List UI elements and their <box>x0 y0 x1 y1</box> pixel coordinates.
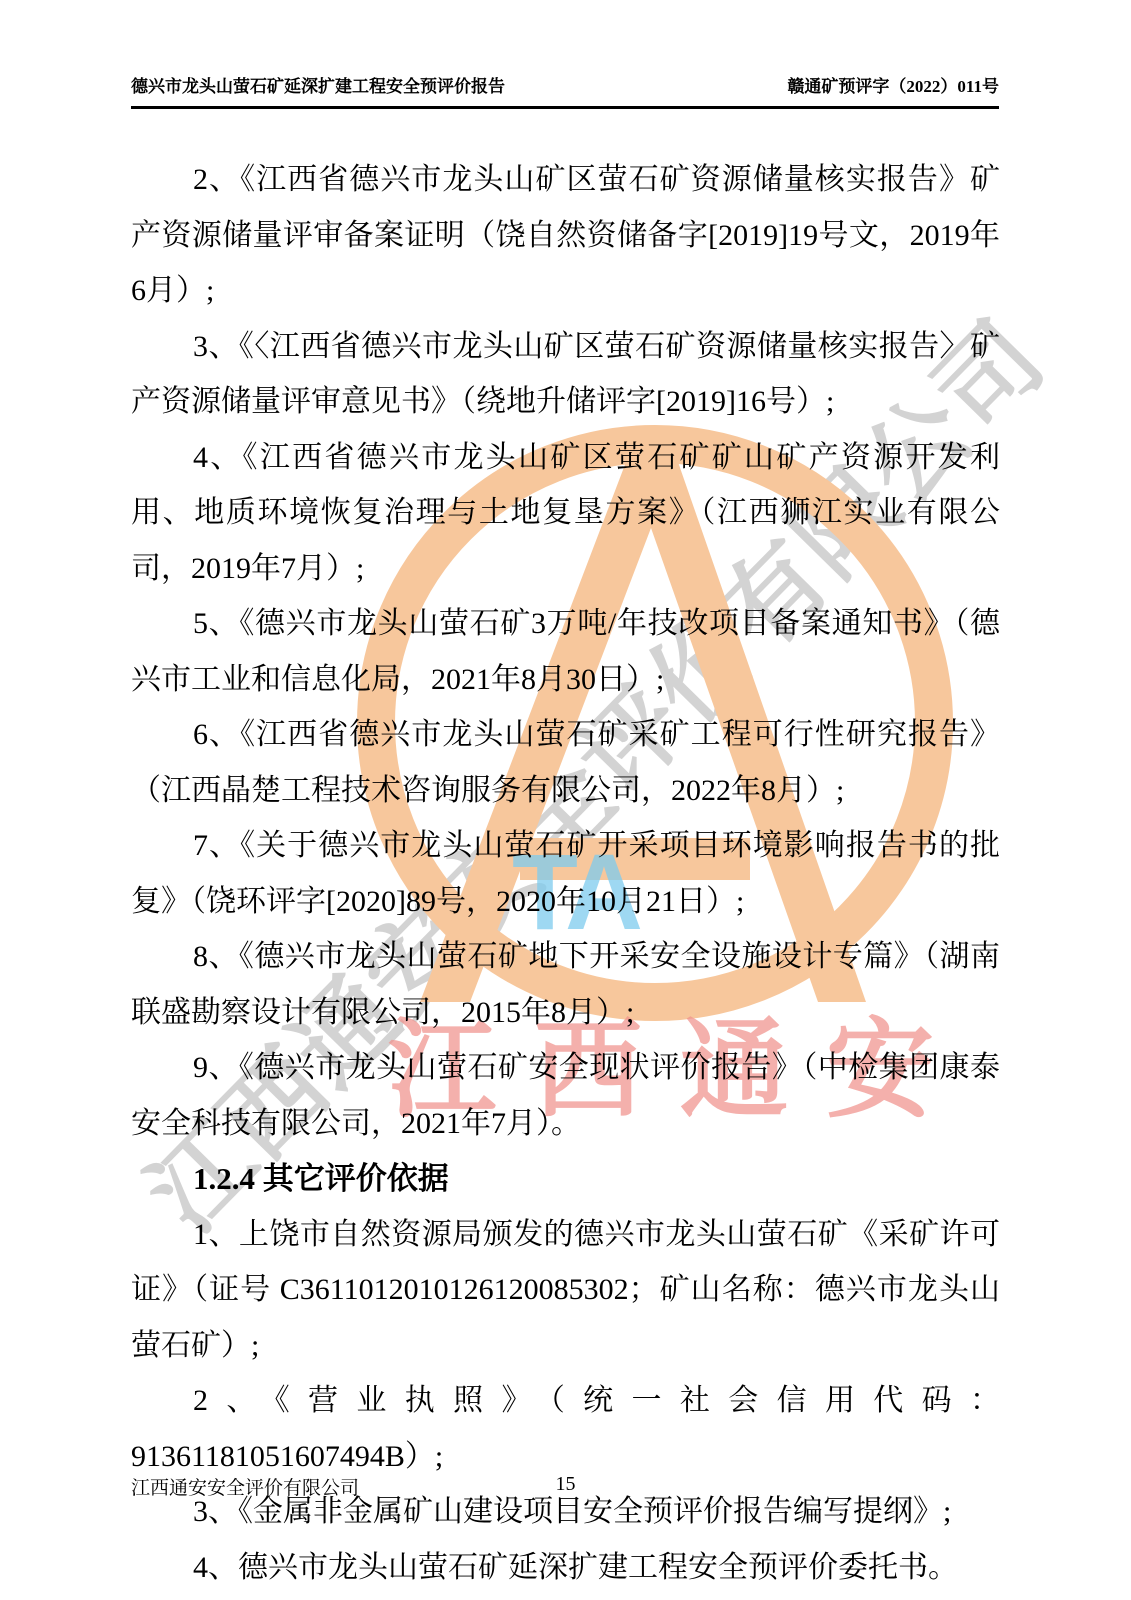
section-heading: 1.2.4 其它评价依据 <box>131 1151 1000 1207</box>
reference-item: 3、《〈江西省德兴市龙头山矿区萤石矿资源储量核实报告〉矿产资源储量评审意见书》（… <box>131 319 1000 430</box>
reference-item: 1、上饶市自然资源局颁发的德兴市龙头山萤石矿《采矿许可证》（证号 C361101… <box>131 1207 1000 1374</box>
header-document-number: 赣通矿预评字（2022）011号 <box>787 72 999 97</box>
reference-list-before: 2、《江西省德兴市龙头山矿区萤石矿资源储量核实报告》矿产资源储量评审备案证明（饶… <box>131 152 1000 1151</box>
document-page: 江西通安安全评价有限公司 TA 江西通安 德兴市龙头山萤石矿延深扩建工程安全预评… <box>0 0 1131 1600</box>
reference-item: 9、《德兴市龙头山萤石矿安全现状评价报告》（中检集团康泰安全科技有限公司，202… <box>131 1040 1000 1151</box>
header-report-title: 德兴市龙头山萤石矿延深扩建工程安全预评价报告 <box>131 72 505 97</box>
reference-item: 5、《德兴市龙头山萤石矿3万吨/年技改项目备案通知书》（德兴市工业和信息化局，2… <box>131 596 1000 707</box>
page-header: 德兴市龙头山萤石矿延深扩建工程安全预评价报告 赣通矿预评字（2022）011号 <box>131 72 999 109</box>
page-number: 15 <box>131 1473 1000 1496</box>
reference-item: 8、《德兴市龙头山萤石矿地下开采安全设施设计专篇》（湖南联盛勘察设计有限公司，2… <box>131 929 1000 1040</box>
reference-item: 2、《江西省德兴市龙头山矿区萤石矿资源储量核实报告》矿产资源储量评审备案证明（饶… <box>131 152 1000 319</box>
document-body: 2、《江西省德兴市龙头山矿区萤石矿资源储量核实报告》矿产资源储量评审备案证明（饶… <box>131 152 1000 1595</box>
reference-item: 2、《营业执照》（统一社会信用代码：91361181051607494B）; <box>131 1373 1000 1484</box>
reference-list-after: 1、上饶市自然资源局颁发的德兴市龙头山萤石矿《采矿许可证》（证号 C361101… <box>131 1207 1000 1596</box>
reference-item: 7、《关于德兴市龙头山萤石矿开采项目环境影响报告书的批复》（饶环评字[2020]… <box>131 818 1000 929</box>
reference-item: 6、《江西省德兴市龙头山萤石矿采矿工程可行性研究报告》（江西晶楚工程技术咨询服务… <box>131 707 1000 818</box>
reference-item: 4、《江西省德兴市龙头山矿区萤石矿矿山矿产资源开发利用、地质环境恢复治理与土地复… <box>131 430 1000 597</box>
reference-item: 4、德兴市龙头山萤石矿延深扩建工程安全预评价委托书。 <box>131 1540 1000 1596</box>
